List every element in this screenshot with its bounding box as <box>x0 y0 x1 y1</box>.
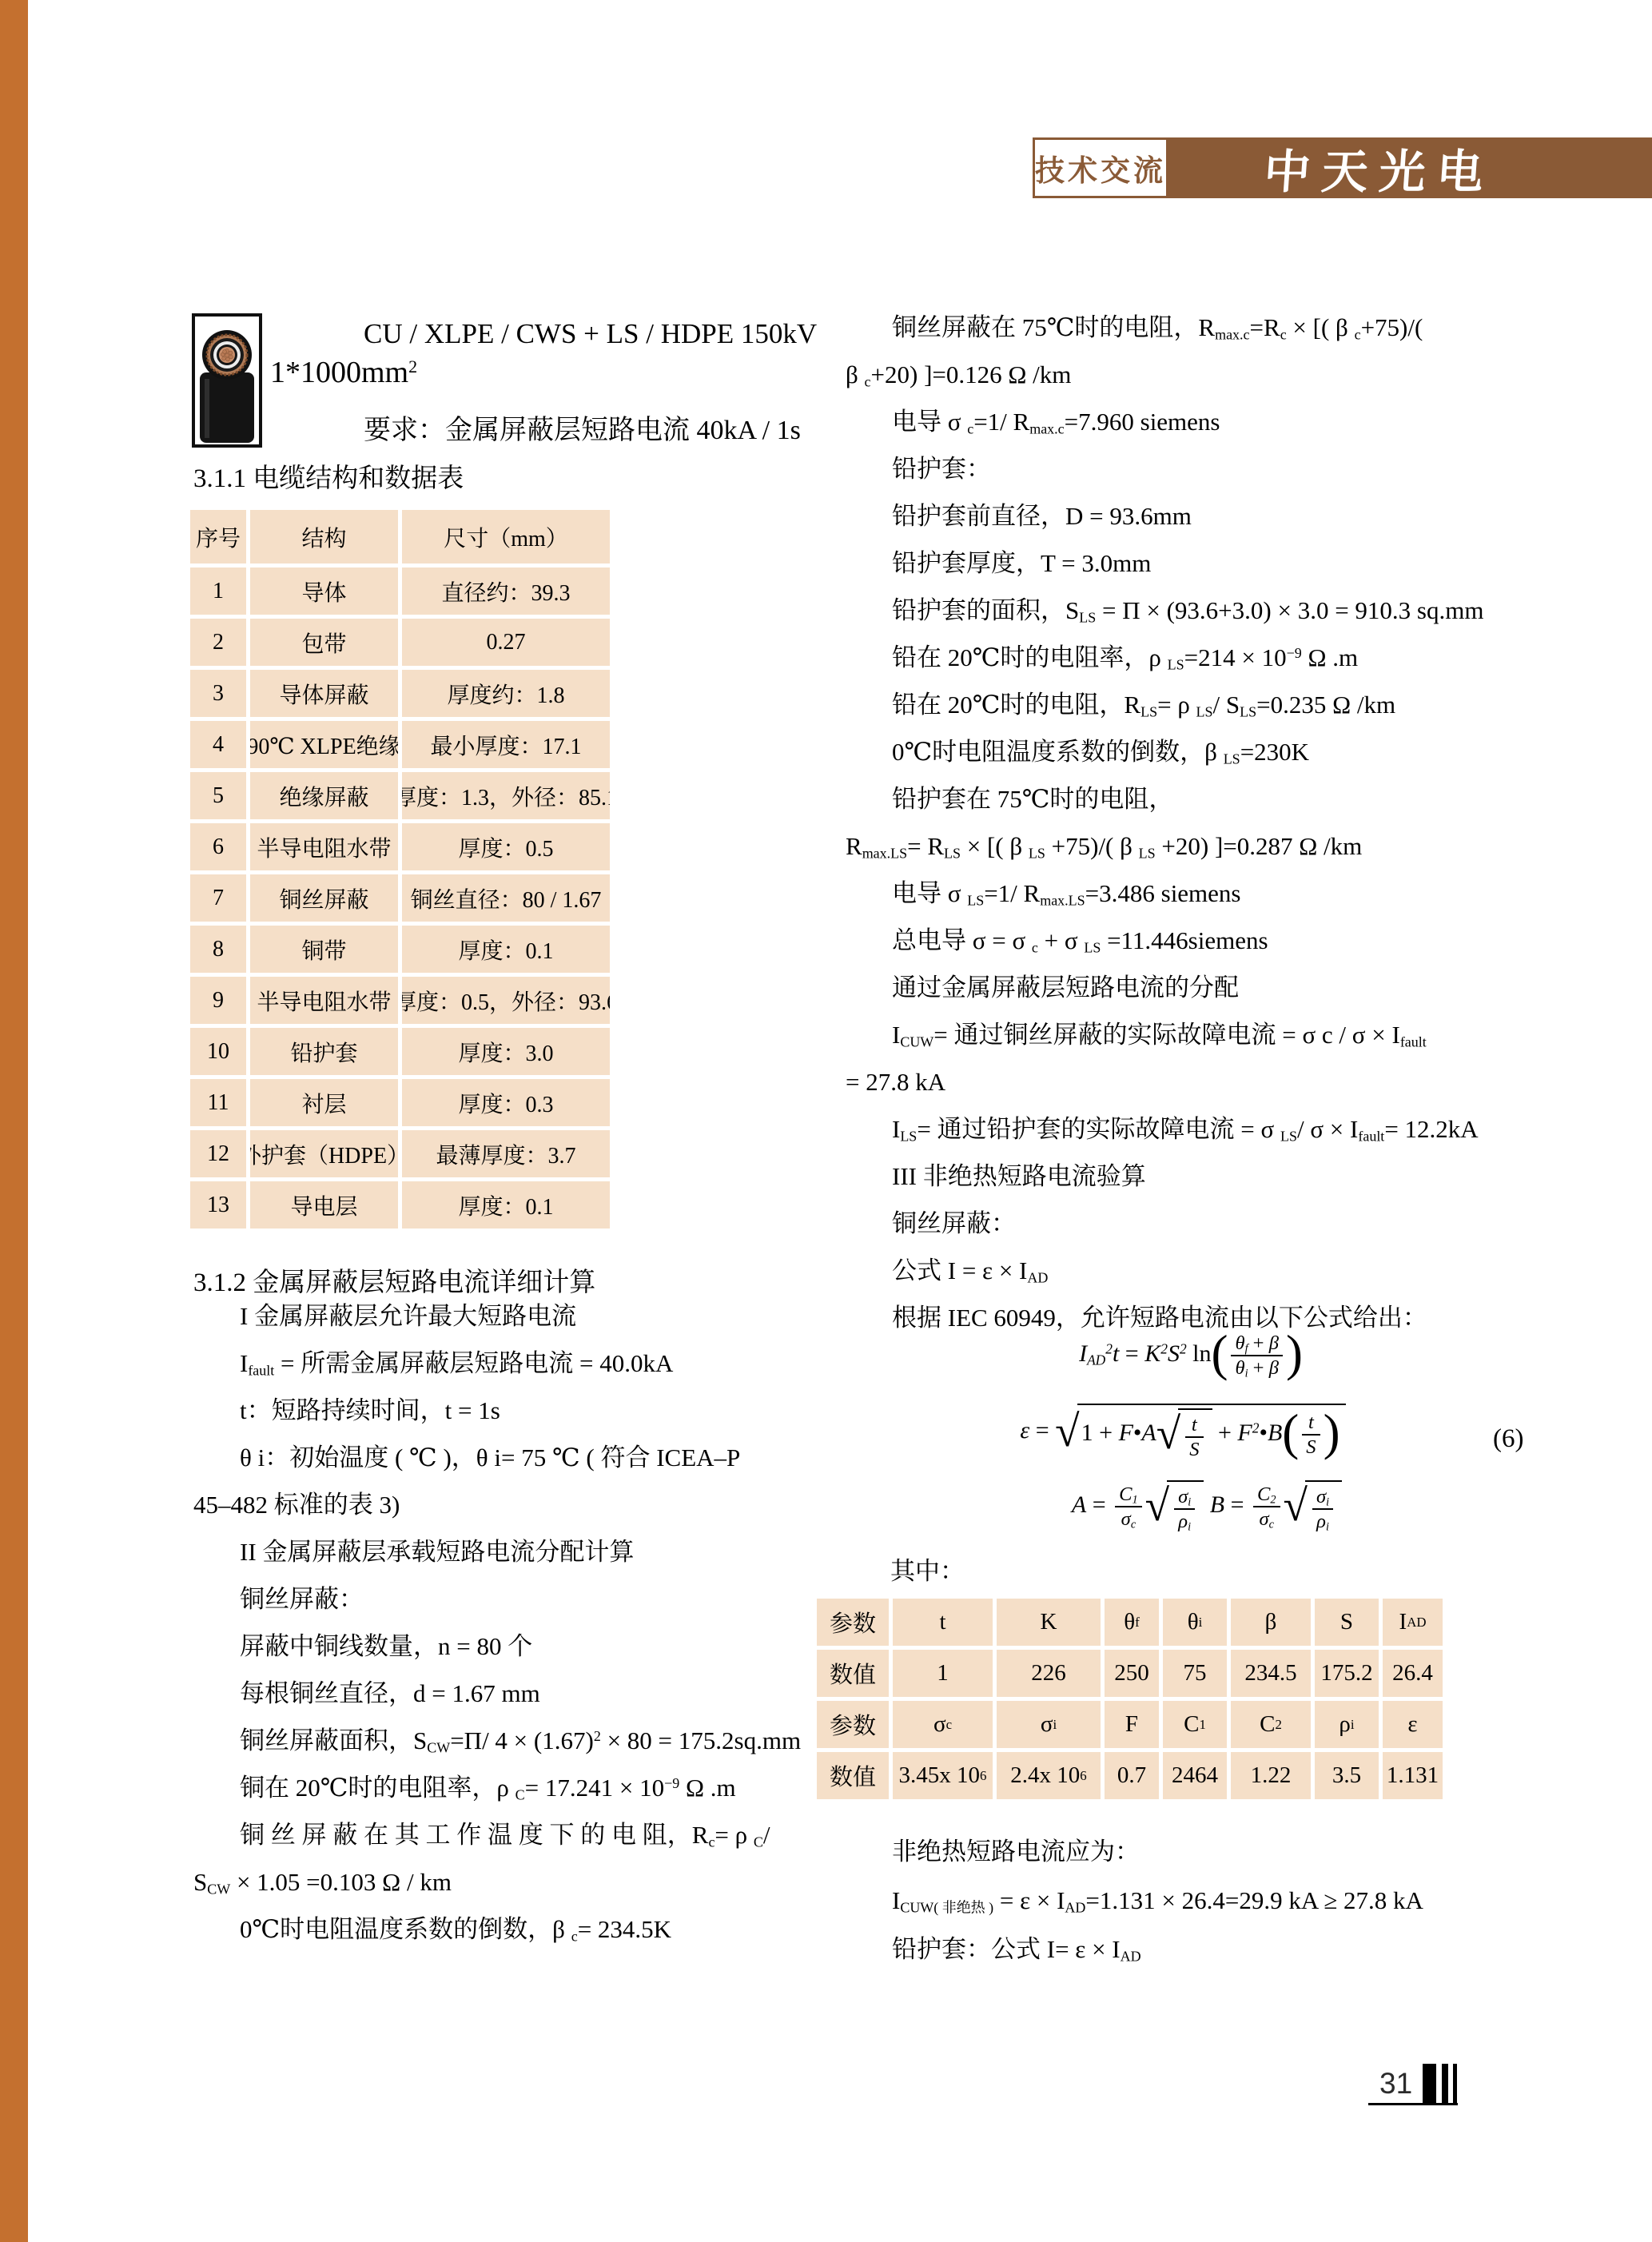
table-cell: C2 <box>1231 1701 1311 1748</box>
document-page: 技术交流 中天光电 CU / XLPE / CWS + LS / HDPE 15… <box>0 0 1652 2242</box>
table-cell: σi <box>997 1701 1101 1748</box>
text-line: 铅在 20℃时的电阻，RLS= ρ LS/ SLS=0.235 Ω /km <box>846 681 1625 728</box>
left-column-text: I 金属屏蔽层允许最大短路电流Ifault = 所需金属屏蔽层短路电流 = 40… <box>193 1292 857 1953</box>
table-cell: 外护套（HDPE） <box>250 1130 398 1177</box>
text-line: 公式 I = ε × IAD <box>846 1247 1625 1294</box>
footer-bar-icon <box>1453 2064 1457 2105</box>
text-line: 铅护套：公式 I= ε × IAD <box>846 1925 1625 1973</box>
table-cell: 厚度：3.0 <box>402 1028 610 1075</box>
table-cell: 226 <box>997 1650 1101 1697</box>
text-line: III 非绝热短路电流验算 <box>846 1153 1625 1200</box>
table-cell: 4 <box>190 721 246 768</box>
cable-size-title: 1*1000mm2 <box>270 355 417 390</box>
table-cell: θf <box>1105 1599 1159 1646</box>
text-line: 电导 σ c=1/ Rmax.c=7.960 siemens <box>846 398 1625 445</box>
text-line: I 金属屏蔽层允许最大短路电流 <box>193 1292 857 1340</box>
table-cell: 9 <box>190 977 246 1024</box>
text-line: 铜丝屏蔽面积，SCW=Π/ 4 × (1.67)2 × 80 = 175.2sq… <box>193 1717 857 1764</box>
footer-bar-icon <box>1442 2064 1448 2105</box>
footer-bar-icon <box>1423 2064 1436 2105</box>
text-line: 铅护套厚度，T = 3.0mm <box>846 540 1625 587</box>
table-header-cell: 结构 <box>250 510 398 563</box>
table-cell: 2464 <box>1163 1752 1227 1799</box>
formula-epsilon: ε = √1 + F•A√tS + F2•B(tS) <box>959 1404 1407 1461</box>
table-cell: 12 <box>190 1130 246 1177</box>
brand-logo: 中天光电 <box>1262 139 1496 197</box>
table-cell: 最薄厚度：3.7 <box>402 1130 610 1177</box>
text-line: Ifault = 所需金属屏蔽层短路电流 = 40.0kA <box>193 1340 857 1387</box>
text-line: 每根铜丝直径，d = 1.67 mm <box>193 1670 857 1717</box>
table-cell: 铅护套 <box>250 1028 398 1075</box>
table-cell: 0.7 <box>1105 1752 1159 1799</box>
table-cell: 6 <box>190 823 246 870</box>
section-311-heading: 3.1.1 电缆结构和数据表 <box>193 457 464 495</box>
text-line: 铜丝屏蔽在 75℃时的电阻，Rmax.c=Rc × [( β c+75)/( <box>846 304 1625 351</box>
table-cell: 2 <box>190 619 246 666</box>
cable-structure-table: 序号结构尺寸（mm）1导体直径约：39.32包带0.273导体屏蔽厚度约：1.8… <box>190 510 610 1229</box>
table-cell: 厚度：0.5，外径：93.6 <box>402 977 610 1024</box>
text-line: II 金属屏蔽层承载短路电流分配计算 <box>193 1528 857 1575</box>
table-cell: 3 <box>190 670 246 717</box>
text-line: ICUW( 非绝热 ) = ε × IAD=1.131 × 26.4=29.9 … <box>846 1876 1625 1925</box>
table-cell: S <box>1315 1599 1379 1646</box>
table-cell: 1 <box>893 1650 993 1697</box>
text-line: 铜 丝 屏 蔽 在 其 工 作 温 度 下 的 电 阻，Rc= ρ C/ <box>193 1811 857 1858</box>
table-header-cell: 序号 <box>190 510 246 563</box>
table-cell: 衬层 <box>250 1079 398 1126</box>
where-label: 其中： <box>890 1551 965 1587</box>
table-cell: 数值 <box>817 1752 889 1799</box>
table-header-cell: 尺寸（mm） <box>402 510 610 563</box>
text-line: 电导 σ LS=1/ Rmax.LS=3.486 siemens <box>846 870 1625 917</box>
table-cell: 导体屏蔽 <box>250 670 398 717</box>
table-cell: 250 <box>1105 1650 1159 1697</box>
table-cell: 铜带 <box>250 926 398 973</box>
table-cell: β <box>1231 1599 1311 1646</box>
table-cell: 175.2 <box>1315 1650 1379 1697</box>
table-cell: 参数 <box>817 1701 889 1748</box>
table-cell: 1.131 <box>1383 1752 1443 1799</box>
table-cell: 铜丝屏蔽 <box>250 874 398 922</box>
table-cell: 3.5 <box>1315 1752 1379 1799</box>
table-cell: 铜丝直径：80 / 1.67 <box>402 874 610 922</box>
table-cell: 半导电阻水带 <box>250 823 398 870</box>
text-line: Rmax.LS= RLS × [( β LS +75)/( β LS +20) … <box>846 822 1625 870</box>
table-cell: K <box>997 1599 1101 1646</box>
left-accent-strip <box>0 0 28 2242</box>
table-cell: 13 <box>190 1181 246 1229</box>
text-line: 铅在 20℃时的电阻率，ρ LS=214 × 10−9 Ω .m <box>846 634 1625 681</box>
text-line: 非绝热短路电流应为： <box>846 1827 1625 1876</box>
table-cell: 8 <box>190 926 246 973</box>
text-line: ICUW= 通过铜丝屏蔽的实际故障电流 = σ c / σ × Ifault <box>846 1011 1625 1058</box>
text-line: 铅护套： <box>846 445 1625 492</box>
table-cell: F <box>1105 1701 1159 1748</box>
table-cell: 26.4 <box>1383 1650 1443 1697</box>
equation-number: (6) <box>1493 1424 1523 1454</box>
text-line: β c+20) ]=0.126 Ω /km <box>846 351 1625 398</box>
cable-spec-title: CU / XLPE / CWS + LS / HDPE 150kV <box>364 318 817 350</box>
table-cell: 10 <box>190 1028 246 1075</box>
table-cell: 半导电阻水带 <box>250 977 398 1024</box>
table-cell: 1.22 <box>1231 1752 1311 1799</box>
formula-a-b-coefficients: A = C1σc√σiρi B = C2σc√σiρi <box>983 1480 1431 1533</box>
table-cell: 直径约：39.3 <box>402 567 610 615</box>
table-cell: 234.5 <box>1231 1650 1311 1697</box>
page-header-bar: 技术交流 中天光电 <box>1033 137 1652 198</box>
footer-page-number: 31 <box>1379 2067 1412 2101</box>
text-line: 铜丝屏蔽： <box>846 1200 1625 1247</box>
cable-cross-section-photo <box>192 313 262 448</box>
formula-adiabatic-current: IAD2t = K2S2 ln(θf + βθi + β) <box>983 1332 1399 1380</box>
table-cell: 厚度：0.5 <box>402 823 610 870</box>
text-line: θ i：初始温度 ( ℃ )，θ i= 75 ℃ ( 符合 ICEA–P <box>193 1434 857 1481</box>
table-cell: ρi <box>1315 1701 1379 1748</box>
table-cell: 5 <box>190 772 246 819</box>
text-line: 铅护套的面积，SLS = Π × (93.6+3.0) × 3.0 = 910.… <box>846 587 1625 634</box>
text-line: 0℃时电阻温度系数的倒数，β c= 234.5K <box>193 1906 857 1953</box>
section-tag: 技术交流 <box>1033 137 1168 198</box>
table-cell: 75 <box>1163 1650 1227 1697</box>
parameter-table: 参数tKθfθiβSIAD数值122625075234.5175.226.4参数… <box>817 1599 1443 1799</box>
table-cell: 包带 <box>250 619 398 666</box>
text-line: = 27.8 kA <box>846 1058 1625 1105</box>
text-line: 总电导 σ = σ c + σ LS =11.446siemens <box>846 917 1625 964</box>
table-cell: 数值 <box>817 1650 889 1697</box>
table-cell: IAD <box>1383 1599 1443 1646</box>
table-cell: 厚度：0.1 <box>402 926 610 973</box>
table-cell: ε <box>1383 1701 1443 1748</box>
table-cell: σc <box>893 1701 993 1748</box>
table-cell: 厚度：0.3 <box>402 1079 610 1126</box>
table-cell: 绝缘屏蔽 <box>250 772 398 819</box>
text-line: 通过金属屏蔽层短路电流的分配 <box>846 964 1625 1011</box>
cable-illustration <box>195 317 259 444</box>
table-cell: 厚度约：1.8 <box>402 670 610 717</box>
table-cell: 导体 <box>250 567 398 615</box>
table-cell: 11 <box>190 1079 246 1126</box>
text-line: 屏蔽中铜线数量，n = 80 个 <box>193 1623 857 1670</box>
requirement-line: 要求：金属屏蔽层短路电流 40kA / 1s <box>364 408 801 447</box>
text-line: 铜丝屏蔽： <box>193 1575 857 1623</box>
text-line: ILS= 通过铅护套的实际故障电流 = σ LS/ σ × Ifault= 12… <box>846 1105 1625 1153</box>
table-cell: 7 <box>190 874 246 922</box>
table-cell: 3.45x 106 <box>893 1752 993 1799</box>
table-cell: θi <box>1163 1599 1227 1646</box>
text-line: SCW × 1.05 =0.103 Ω / km <box>193 1858 857 1906</box>
table-cell: 导电层 <box>250 1181 398 1229</box>
table-cell: 厚度：0.1 <box>402 1181 610 1229</box>
text-line: 0℃时电阻温度系数的倒数，β LS=230K <box>846 728 1625 775</box>
text-line: t：短路持续时间，t = 1s <box>193 1387 857 1434</box>
text-line: 铜在 20℃时的电阻率，ρ C= 17.241 × 10−9 Ω .m <box>193 1764 857 1811</box>
table-cell: 0.27 <box>402 619 610 666</box>
closing-text: 非绝热短路电流应为：ICUW( 非绝热 ) = ε × IAD=1.131 × … <box>846 1827 1625 1973</box>
table-cell: 厚度：1.3，外径：85.1 <box>402 772 610 819</box>
text-line: 45–482 标准的表 3) <box>193 1481 857 1528</box>
text-line: 铅护套在 75℃时的电阻， <box>846 775 1625 822</box>
table-cell: 1 <box>190 567 246 615</box>
table-cell: C1 <box>1163 1701 1227 1748</box>
text-line: 铅护套前直径，D = 93.6mm <box>846 492 1625 540</box>
right-column-text: 铜丝屏蔽在 75℃时的电阻，Rmax.c=Rc × [( β c+75)/(β … <box>846 304 1625 1341</box>
table-cell: 90℃ XLPE绝缘 <box>250 721 398 768</box>
table-cell: 2.4x 106 <box>997 1752 1101 1799</box>
table-cell: t <box>893 1599 993 1646</box>
table-cell: 参数 <box>817 1599 889 1646</box>
table-cell: 最小厚度：17.1 <box>402 721 610 768</box>
